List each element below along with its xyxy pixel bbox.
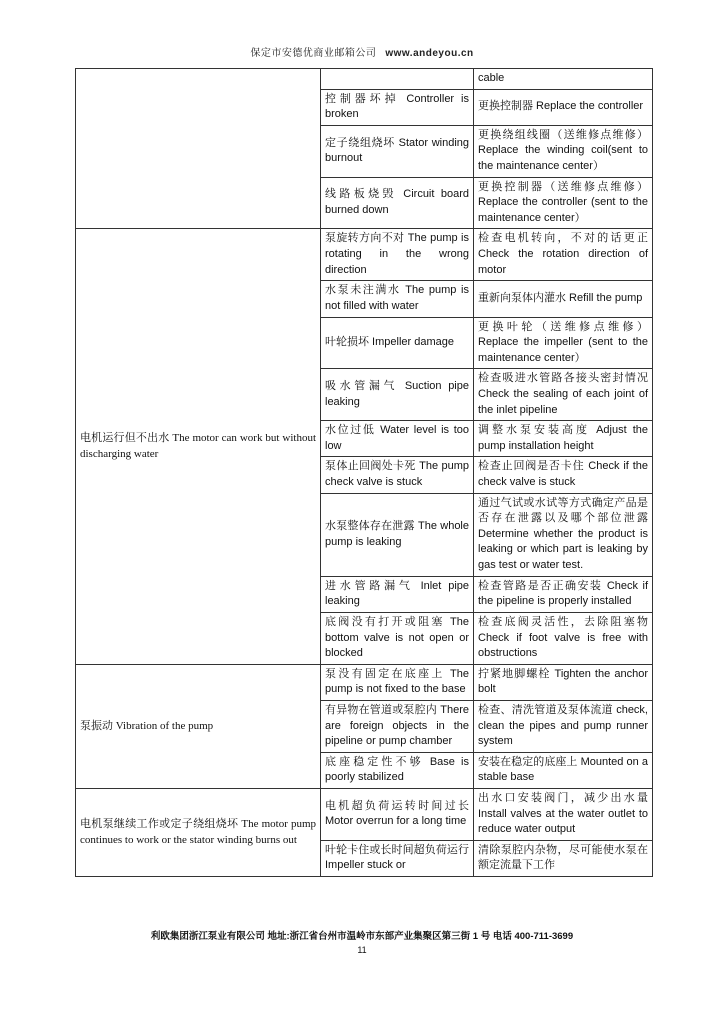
fault-solution-cell: 更换控制器（送维修点维修）Replace the controller (sen…	[474, 177, 653, 229]
table-row: 电机泵继续工作或定子绕组烧坏 The motor pump continues …	[76, 788, 653, 840]
fault-solution-cell: 检查管路是否正确安装 Check if the pipeline is prop…	[474, 576, 653, 612]
fault-solution-cell: 检查底阀灵活性，去除阻塞物 Check if foot valve is fre…	[474, 612, 653, 664]
header-company-name: 保定市安德优商业邮箱公司	[250, 48, 376, 59]
fault-solution-cell: 更换叶轮（送维修点维修）Replace the impeller (sent t…	[474, 317, 653, 369]
fault-cause-cell: 泵体止回阀处卡死 The pump check valve is stuck	[321, 457, 474, 493]
fault-solution-cell: 安装在稳定的底座上 Mounted on a stable base	[474, 752, 653, 788]
fault-cause-cell: 进水管路漏气 Inlet pipe leaking	[321, 576, 474, 612]
fault-cause-cell: 水泵整体存在泄露 The whole pump is leaking	[321, 493, 474, 576]
table-row: 泵振动 Vibration of the pump泵没有固定在底座上 The p…	[76, 664, 653, 700]
fault-solution-cell: 检查止回阀是否卡住 Check if the check valve is st…	[474, 457, 653, 493]
header-website-url: www.andeyou.cn	[385, 48, 473, 59]
fault-cause-cell: 水泵未注满水 The pump is not filled with water	[321, 281, 474, 317]
fault-cause-cell: 定子绕组烧坏 Stator winding burnout	[321, 125, 474, 177]
document-page: 保定市安德优商业邮箱公司 www.andeyou.cn cable控制器坏掉 C…	[0, 0, 724, 1024]
fault-solution-cell: cable	[474, 69, 653, 90]
fault-cause-cell: 泵旋转方向不对 The pump is rotating in the wron…	[321, 229, 474, 281]
fault-solution-cell: 检查电机转向，不对的话更正 Check the rotation directi…	[474, 229, 653, 281]
table-row: 电机运行但不出水 The motor can work but without …	[76, 229, 653, 281]
fault-solution-cell: 检查、清洗管道及泵体流道 check, clean the pipes and …	[474, 700, 653, 752]
fault-solution-cell: 出水口安装阀门，减少出水量 Install valves at the wate…	[474, 788, 653, 840]
fault-cause-cell: 泵没有固定在底座上 The pump is not fixed to the b…	[321, 664, 474, 700]
fault-cause-cell: 线路板烧毁 Circuit board burned down	[321, 177, 474, 229]
troubleshooting-table-body: cable控制器坏掉 Controller is broken更换控制器 Rep…	[76, 69, 653, 877]
fault-solution-cell: 清除泵腔内杂物，尽可能使水泵在额定流量下工作	[474, 840, 653, 876]
fault-solution-cell: 重新向泵体内灌水 Refill the pump	[474, 281, 653, 317]
fault-solution-cell: 更换控制器 Replace the controller	[474, 89, 653, 125]
page-header: 保定市安德优商业邮箱公司 www.andeyou.cn	[0, 44, 724, 59]
fault-solution-cell: 调整水泵安装高度 Adjust the pump installation he…	[474, 421, 653, 457]
fault-category-cell: 电机运行但不出水 The motor can work but without …	[76, 229, 321, 664]
page-footer: 利欧集团浙江泵业有限公司 地址:浙江省台州市温岭市东部产业集聚区第三街 1 号 …	[0, 928, 724, 942]
fault-solution-cell: 更换绕组线圈（送维修点维修） Replace the winding coil(…	[474, 125, 653, 177]
fault-solution-cell: 拧紧地脚螺栓 Tighten the anchor bolt	[474, 664, 653, 700]
fault-solution-cell: 检查吸进水管路各接头密封情况 Check the sealing of each…	[474, 369, 653, 421]
fault-cause-cell: 水位过低 Water level is too low	[321, 421, 474, 457]
fault-cause-cell	[321, 69, 474, 90]
fault-cause-cell: 电机超负荷运转时间过长 Motor overrun for a long tim…	[321, 788, 474, 840]
fault-category-cell: 泵振动 Vibration of the pump	[76, 664, 321, 788]
table-row: cable	[76, 69, 653, 90]
fault-solution-cell: 通过气试或水试等方式确定产品是否存在泄露以及哪个部位泄露 Determine w…	[474, 493, 653, 576]
fault-cause-cell: 吸水管漏气 Suction pipe leaking	[321, 369, 474, 421]
fault-category-cell: 电机泵继续工作或定子绕组烧坏 The motor pump continues …	[76, 788, 321, 876]
fault-cause-cell: 叶轮卡住或长时间超负荷运行 Impeller stuck or	[321, 840, 474, 876]
fault-category-cell	[76, 69, 321, 229]
fault-cause-cell: 控制器坏掉 Controller is broken	[321, 89, 474, 125]
fault-cause-cell: 有异物在管道或泵腔内 There are foreign objects in …	[321, 700, 474, 752]
fault-cause-cell: 叶轮损坏 Impeller damage	[321, 317, 474, 369]
fault-cause-cell: 底阀没有打开或阻塞 The bottom valve is not open o…	[321, 612, 474, 664]
page-number: 11	[0, 945, 724, 955]
troubleshooting-table: cable控制器坏掉 Controller is broken更换控制器 Rep…	[75, 68, 653, 877]
fault-cause-cell: 底座稳定性不够 Base is poorly stabilized	[321, 752, 474, 788]
